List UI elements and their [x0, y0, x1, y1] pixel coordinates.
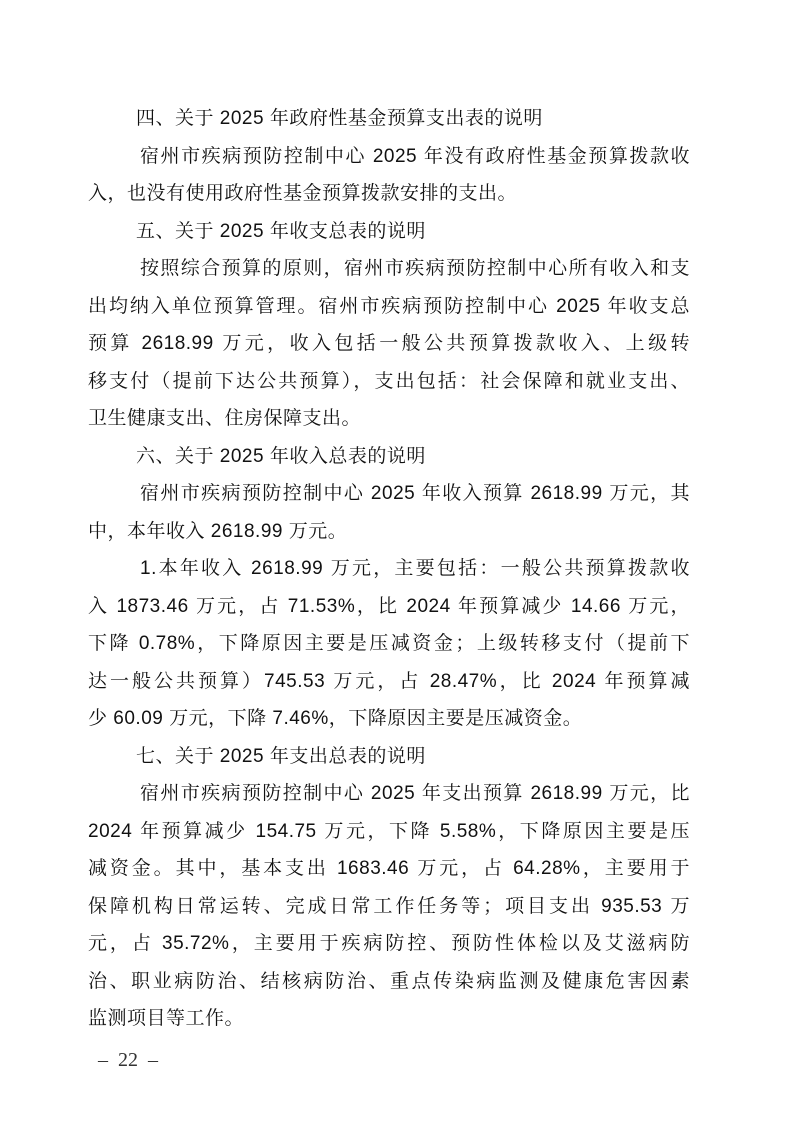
heading-revenue-expenditure-summary: 五、关于 2025 年收支总表的说明: [88, 213, 690, 251]
paragraph-line: 宿州市疾病预防控制中心 2025 年支出预算 2618.99 万元，比: [88, 775, 690, 813]
paragraph-line: 减资金。其中，基本支出 1683.46 万元，占 64.28%，主要用于: [88, 850, 690, 888]
paragraph-line: 按照综合预算的原则，宿州市疾病预防控制中心所有收入和支: [88, 250, 690, 288]
paragraph-line: 卫生健康支出、住房保障支出。: [88, 400, 690, 438]
paragraph-line: 治、职业病防治、结核病防治、重点传染病监测及健康危害因素: [88, 963, 690, 1001]
paragraph-line: 1.本年收入 2618.99 万元，主要包括：一般公共预算拨款收: [88, 550, 690, 588]
paragraph-line: 达一般公共预算）745.53 万元，占 28.47%，比 2024 年预算减: [88, 663, 690, 701]
heading-revenue-summary-table: 六、关于 2025 年收入总表的说明: [88, 438, 690, 476]
paragraph-line: 中，本年收入 2618.99 万元。: [88, 513, 690, 551]
paragraph-line: 移支付（提前下达公共预算），支出包括：社会保障和就业支出、: [88, 363, 690, 401]
page-number: – 22 –: [98, 1042, 158, 1080]
paragraph-line: 出均纳入单位预算管理。宿州市疾病预防控制中心 2025 年收支总: [88, 288, 690, 326]
paragraph-line: 宿州市疾病预防控制中心 2025 年没有政府性基金预算拨款收: [88, 138, 690, 176]
paragraph-line: 元，占 35.72%，主要用于疾病防控、预防性体检以及艾滋病防: [88, 925, 690, 963]
paragraph-line: 入 1873.46 万元，占 71.53%，比 2024 年预算减少 14.66…: [88, 588, 690, 626]
document-body: 四、关于 2025 年政府性基金预算支出表的说明 宿州市疾病预防控制中心 202…: [88, 100, 690, 1038]
heading-expenditure-summary-table: 七、关于 2025 年支出总表的说明: [88, 738, 690, 776]
heading-gov-fund-budget-table: 四、关于 2025 年政府性基金预算支出表的说明: [88, 100, 690, 138]
paragraph-line: 少 60.09 万元，下降 7.46%，下降原因主要是压减资金。: [88, 700, 690, 738]
paragraph-line: 保障机构日常运转、完成日常工作任务等；项目支出 935.53 万: [88, 888, 690, 926]
document-page: 四、关于 2025 年政府性基金预算支出表的说明 宿州市疾病预防控制中心 202…: [0, 0, 793, 1122]
paragraph-line: 预算 2618.99 万元，收入包括一般公共预算拨款收入、上级转: [88, 325, 690, 363]
paragraph-line: 2024 年预算减少 154.75 万元，下降 5.58%，下降原因主要是压: [88, 813, 690, 851]
paragraph-line: 入，也没有使用政府性基金预算拨款安排的支出。: [88, 175, 690, 213]
paragraph-line: 下降 0.78%，下降原因主要是压减资金；上级转移支付（提前下: [88, 625, 690, 663]
paragraph-line: 监测项目等工作。: [88, 1000, 690, 1038]
paragraph-line: 宿州市疾病预防控制中心 2025 年收入预算 2618.99 万元，其: [88, 475, 690, 513]
